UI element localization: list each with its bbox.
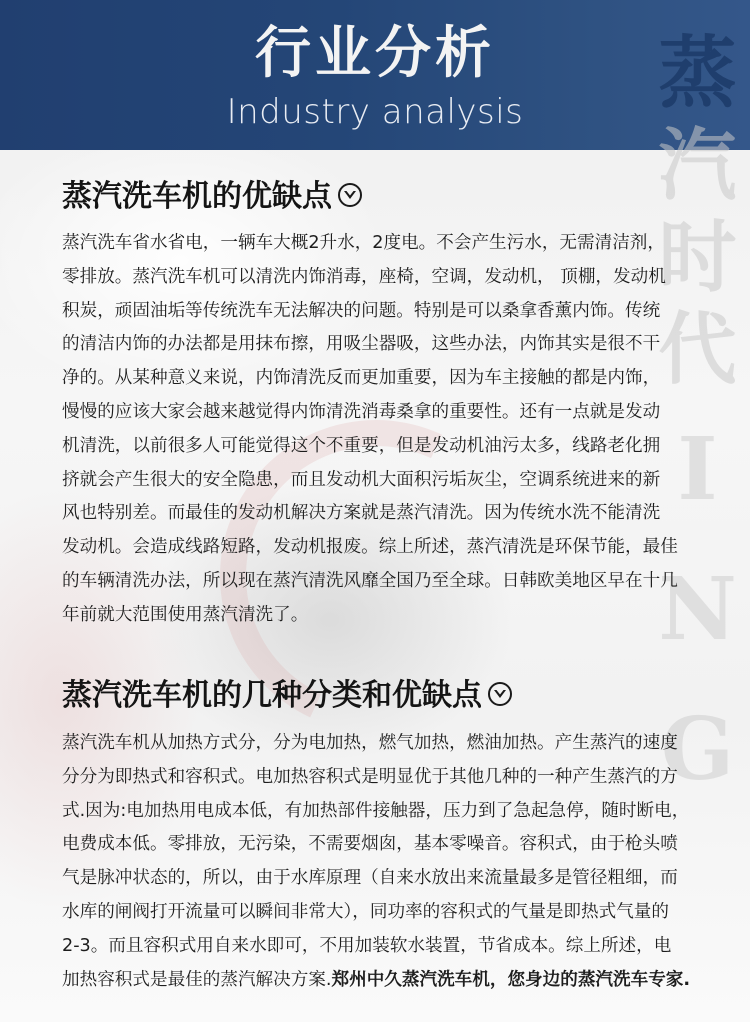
- paragraph-line: 分分为即热式和容积式。电加热容积式是明显优于其他几种的一种产生蒸汽的方: [62, 761, 702, 795]
- page-subtitle: Industry analysis: [0, 92, 750, 132]
- paragraph-line: 蒸汽洗车机从加热方式分，分为电加热，燃气加热，燃油加热。产生蒸汽的速度: [62, 727, 702, 761]
- company-slogan: 郑州中久蒸汽洗车机，您身边的蒸汽洗车专家.: [332, 970, 691, 990]
- paragraph-line: 慢慢的应该大家会越来越觉得内饰清洗消毒桑拿的重要性。还有一点就是发动: [62, 396, 702, 430]
- section-heading-text: 蒸汽洗车机的几种分类和优缺点: [62, 678, 482, 713]
- paragraph-line: 式.因为:电加热用电成本低，有加热部件接触器，压力到了急起急停，随时断电，: [62, 795, 702, 829]
- paragraph-line-final: 加热容积式是最佳的蒸汽解决方案.郑州中久蒸汽洗车机，您身边的蒸汽洗车专家.: [62, 964, 702, 998]
- paragraph-line: 挤就会产生很大的安全隐患，而且发动机大面积污垢灰尘，空调系统进来的新: [62, 464, 702, 498]
- paragraph-line: 水库的闸阀打开流量可以瞬间非常大），同功率的容积式的气量是即热式气量的: [62, 896, 702, 930]
- page-title: 行业分析: [0, 22, 750, 86]
- section-heading-pros-cons: 蒸汽洗车机的优缺点: [62, 177, 362, 217]
- section-body-pros-cons: 蒸汽洗车省水省电，一辆车大概2升水，2度电。不会产生污水，无需清洁剂， 零排放。…: [62, 227, 702, 633]
- paragraph-line: 2-3。而且容积式用自来水即可，不用加装软水装置，节省成本。综上所述，电: [62, 930, 702, 964]
- paragraph-line: 蒸汽洗车省水省电，一辆车大概2升水，2度电。不会产生污水，无需清洁剂，: [62, 227, 702, 261]
- paragraph-line: 发动机。会造成线路短路，发动机报废。综上所述，蒸汽清洗是环保节能，最佳: [62, 531, 702, 565]
- paragraph-line: 年前就大范围使用蒸汽清洗了。: [62, 599, 702, 633]
- paragraph-line: 电费成本低。零排放，无污染，不需要烟囱，基本零噪音。容积式，由于枪头喷: [62, 828, 702, 862]
- paragraph-line: 净的。从某种意义来说，内饰清洗反而更加重要，因为车主接触的都是内饰，: [62, 362, 702, 396]
- paragraph-line: 气是脉冲状态的，所以，由于水库原理（自来水放出来流量最多是管径粗细，而: [62, 862, 702, 896]
- paragraph-line: 机清洗，以前很多人可能觉得这个不重要，但是发动机油污太多，线路老化拥: [62, 430, 702, 464]
- paragraph-line: 的车辆清洗办法，所以现在蒸汽清洗风靡全国乃至全球。日韩欧美地区早在十几: [62, 565, 702, 599]
- section-heading-text: 蒸汽洗车机的优缺点: [62, 179, 332, 214]
- page-header-banner: 行业分析 Industry analysis: [0, 0, 750, 150]
- watermark-char: 蒸: [650, 28, 745, 120]
- paragraph-line: 风也特别差。而最佳的发动机解决方案就是蒸汽清洗。因为传统水洗不能清洗: [62, 497, 702, 531]
- chevron-circle-down-icon[interactable]: [488, 682, 512, 706]
- paragraph-line: 零排放。蒸汽洗车机可以清洗内饰消毒，座椅，空调，发动机， 顶棚，发动机: [62, 261, 702, 295]
- section-heading-types: 蒸汽洗车机的几种分类和优缺点: [62, 676, 512, 716]
- conclusion-text: 加热容积式是最佳的蒸汽解决方案.: [62, 970, 332, 990]
- chevron-circle-down-icon[interactable]: [338, 183, 362, 207]
- paragraph-line: 的清洁内饰的办法都是用抹布擦，用吸尘器吸，这些办法，内饰其实是很不干: [62, 328, 702, 362]
- section-body-types: 蒸汽洗车机从加热方式分，分为电加热，燃气加热，燃油加热。产生蒸汽的速度 分分为即…: [62, 727, 702, 997]
- paragraph-line: 积炭，顽固油垢等传统洗车无法解决的问题。特别是可以桑拿香薰内饰。传统: [62, 295, 702, 329]
- watermark-char: 汽: [650, 120, 745, 212]
